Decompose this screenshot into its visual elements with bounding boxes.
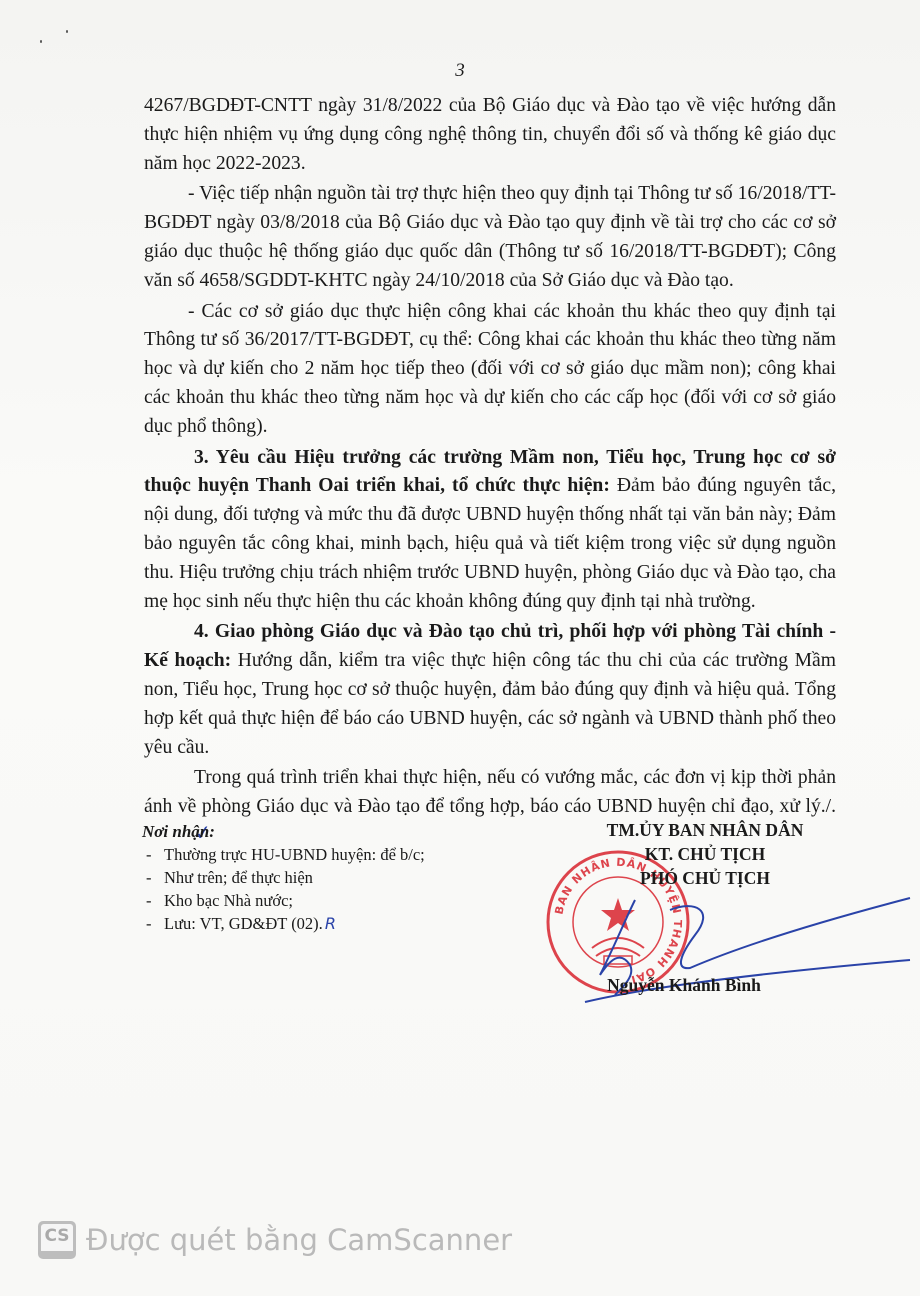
recipients-title: Nơi nhận: <box>142 820 522 843</box>
camscanner-logo-text: CS <box>41 1224 73 1251</box>
recipients-block: Nơi nhận: Thường trực HU-UBND huyện: để … <box>142 820 522 935</box>
recipients-list: Thường trực HU-UBND huyện: để b/c; Như t… <box>142 843 522 935</box>
recipient-item: Lưu: VT, GD&ĐT (02).R <box>142 912 522 935</box>
recipient-item-text: Lưu: VT, GD&ĐT (02). <box>164 914 323 933</box>
camscanner-logo-icon: CS <box>38 1221 76 1259</box>
camscanner-watermark: CS Được quét bằng CamScanner <box>38 1220 512 1260</box>
handwritten-initials: R <box>325 914 336 933</box>
recipient-item: Như trên; để thực hiện <box>142 866 522 889</box>
watermark-text: Được quét bằng CamScanner <box>86 1223 512 1257</box>
scan-speck <box>66 30 68 33</box>
recipient-item: Kho bạc Nhà nước; <box>142 889 522 912</box>
paragraph-section-4: 4. Giao phòng Giáo dục và Đào tạo chủ tr… <box>144 618 836 762</box>
section-4-body: Hướng dẫn, kiểm tra việc thực hiện công … <box>144 650 836 757</box>
paragraph-section-3: 3. Yêu cầu Hiệu trưởng các trường Mầm no… <box>144 444 836 617</box>
paragraph-disclosure: - Các cơ sở giáo dục thực hiện công khai… <box>144 298 836 442</box>
signature-block: TM.ỦY BAN NHÂN DÂN KT. CHỦ TỊCH PHÓ CHỦ … <box>560 818 850 890</box>
recipient-item: Thường trực HU-UBND huyện: để b/c; <box>142 843 522 866</box>
scan-speck <box>40 40 42 43</box>
signer-name: Nguyễn Khánh Bình <box>560 975 808 996</box>
scanned-page: 3 4267/BGDĐT-CNTT ngày 31/8/2022 của Bộ … <box>0 0 920 1296</box>
page-number: 3 <box>0 60 920 82</box>
closing-text: Trong quá trình triển khai thực hiện, nế… <box>144 767 836 817</box>
signature-title: PHÓ CHỦ TỊCH <box>560 866 850 890</box>
paragraph-sponsorship: - Việc tiếp nhận nguồn tài trợ thực hiện… <box>144 180 836 295</box>
signature-role: KT. CHỦ TỊCH <box>560 842 850 866</box>
document-body: 4267/BGDĐT-CNTT ngày 31/8/2022 của Bộ Gi… <box>144 92 836 853</box>
paragraph-continuation: 4267/BGDĐT-CNTT ngày 31/8/2022 của Bộ Gi… <box>144 92 836 178</box>
signature-org: TM.ỦY BAN NHÂN DÂN <box>560 818 850 842</box>
